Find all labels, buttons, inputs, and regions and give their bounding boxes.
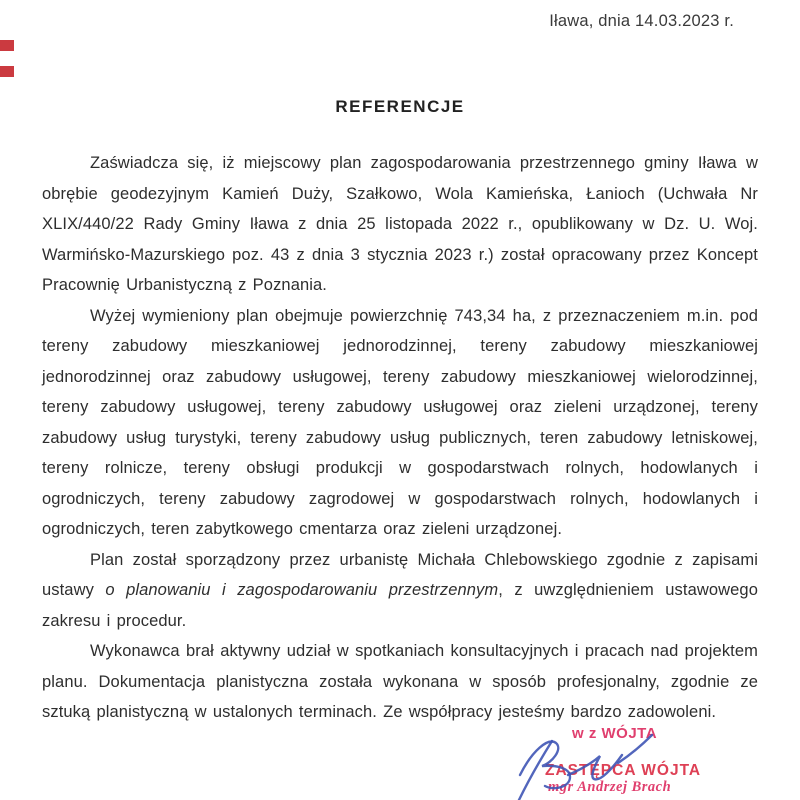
scan-artifact-red-mark <box>0 40 14 51</box>
page-title: REFERENCJE <box>0 97 800 117</box>
paragraph-plan-author: Plan został sporządzony przez urbanistę … <box>42 545 758 637</box>
paragraph-plan-description: Zaświadcza się, iż miejscowy plan zagosp… <box>42 148 758 301</box>
paragraph-plan-area: Wyżej wymieniony plan obejmuje powierzch… <box>42 301 758 545</box>
stamp-wz-wojta: w z WÓJTA <box>572 725 657 742</box>
law-title-italic: o planowaniu i zagospodarowaniu przestrz… <box>105 581 498 599</box>
date-line: Iława, dnia 14.03.2023 r. <box>549 12 734 31</box>
signature-block: w z WÓJTA ZASTĘPCA WÓJTA mgr Andrzej Bra… <box>480 715 780 800</box>
scan-artifact-red-mark <box>0 66 14 77</box>
letter-body: Zaświadcza się, iż miejscowy plan zagosp… <box>42 148 758 728</box>
stamp-zastepca-wojta: ZASTĘPCA WÓJTA <box>545 762 701 780</box>
scanned-reference-letter: Iława, dnia 14.03.2023 r. REFERENCJE Zaś… <box>0 0 800 800</box>
paragraph-cooperation: Wykonawca brał aktywny udział w spotkani… <box>42 636 758 728</box>
stamp-name-andrzej-brach: mgr Andrzej Brach <box>548 779 671 796</box>
